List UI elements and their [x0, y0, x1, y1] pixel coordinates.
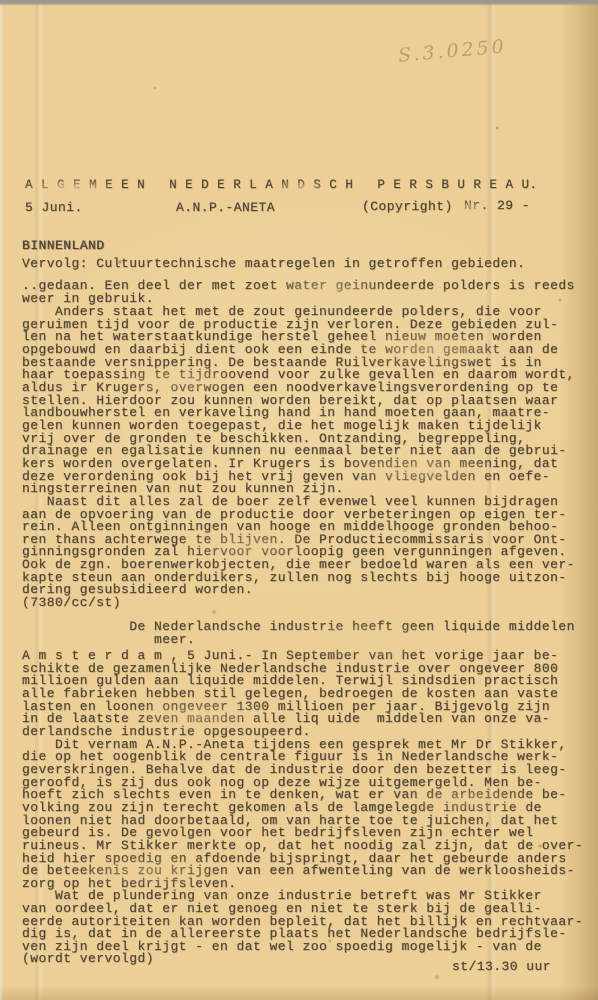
copyright-notice: (Copyright) — [362, 201, 453, 214]
article1-lead: ..gedaan. Een deel der met zoet water ge… — [22, 279, 575, 305]
continuation-note: (wordt vervolgd) — [22, 953, 154, 966]
time-signature: st/13.30 uur — [452, 961, 551, 974]
issue-date: 5 Juni. — [25, 202, 83, 215]
scanned-document-page: S.3.0250 A L G E M E E N N E D E R L A N… — [0, 0, 598, 1000]
agency-name: A.N.P.-ANETA — [176, 202, 275, 215]
text-line: (7380/cc/st) — [22, 597, 575, 610]
handwritten-archive-number: S.3.0250 — [397, 35, 507, 66]
article1-body: Anders staat het met de zout geinundeerd… — [22, 306, 575, 610]
article1-subject: Vervolg: Cultuurtechnische maatregelen i… — [22, 258, 525, 271]
bureau-title: A L G E M E E N N E D E R L A N D S C H … — [25, 179, 537, 192]
article2-heading: De Nederlandsche industrie heeft geen li… — [22, 620, 575, 646]
issue-number: Nr. 29 - — [464, 200, 530, 213]
article2-body: A m s t e r d a m , 5 Juni.- In Septembe… — [22, 650, 583, 954]
text-line: meer. — [22, 633, 575, 646]
section-heading: BINNENLAND — [22, 240, 105, 253]
